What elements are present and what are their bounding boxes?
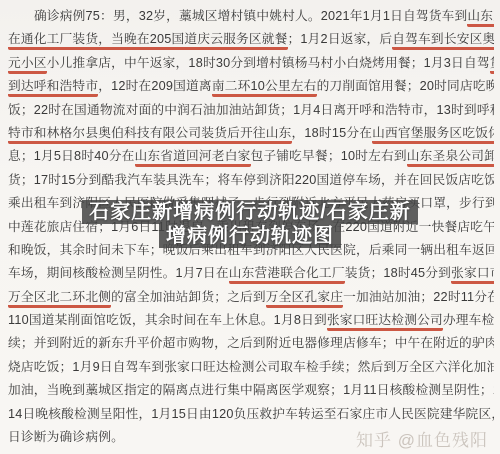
text-segment: 确诊病例75：男，32岁，藁城区增村镇中姚村人。2021年1月1日自驾货车到 [34,9,467,23]
underlined-text-segment: 山东圣泉公司卸 [407,149,494,167]
text-segment: 乘出租车到济阳区人民医院做采集咽拭子，步行到附近北方平民大药房买口罩，步行到水 [8,196,494,210]
underlined-text-segment: 元小区 [8,56,47,74]
text-line: 货；17时15分到酷我汽车装具洗车；将车停到济阳220国道停车场，并在回民饭店吃… [8,169,494,192]
text-line: 饭；22时在国通物流对面的中润石油加油站卸货；1月4日离开呼和浩特市，13时到呼… [8,99,494,122]
underlined-text-segment: 南二环10公里左右 [212,79,317,97]
text-segment: 包子铺吃早餐；10时左右到 [251,149,407,163]
underlined-text-segment: 自驾车到长安区奥北公 [392,32,494,50]
text-segment: 日诊断为确诊病例。 [8,430,124,444]
text-line: 中莲花旅店住宿；1月6日11时退房，乘出租车到停车场，在220国道附近一快餐店吃… [8,216,494,239]
text-segment: 一加油站加油；22时11分在 [343,290,494,304]
underlined-text-segment: 山东东营 [467,9,494,27]
text-line: 14日晚核酸检测呈阳性，1月15日由120负压救护车转运至石家庄市人民医院建华院… [8,403,494,426]
text-segment: 装货；18时45分到 [345,266,451,280]
watermark-credit: 知乎 @血色残阳 [356,426,488,451]
text-segment: 货；17时15分到酷我汽车装具洗车；将车停到济阳220国道停车场，并在回民饭店吃… [8,173,494,187]
text-line: 110国道某削面馆吃饭，其余时间在车上休息。1月8日到张家口旺达检测公司办理车检… [8,309,494,332]
underlined-text-segment: 到达呼和浩特市 [8,79,98,97]
text-line: 元小区小儿推拿店，中午返家，18时30分到增村镇杨马村小白烧烤用餐；1月3日自驾… [8,52,494,75]
text-segment: 的刀削面馆用餐；20时同店吃晚 [317,79,494,93]
text-segment: 续；并到附近的新东升平价超市购物，之后到附近电器修理店修车；中午在附近的驴肉火 [8,336,494,350]
text-line: 加油，当晚到藁城区指定的隔离点进行集中隔离医学观察；1月11日核酸检测呈阴性；1… [8,379,494,402]
article-text: 确诊病例75：男，32岁，藁城区增村镇中姚村人。2021年1月1日自驾货车到山东… [8,5,494,449]
page-background: 确诊病例75：男，32岁，藁城区增村镇中姚村人。2021年1月1日自驾货车到山东… [0,0,500,454]
underlined-text-segment: 万全区孔家庄 [266,290,343,308]
underlined-text-segment: 货车 [490,56,494,74]
underlined-text-segment: 张家口市 [451,266,494,284]
text-segment: ；1月2日返家，后 [288,32,393,46]
text-line: 车场，期间核酸检测呈阴性。1月7日在山东营港联合化工厂装货；18时45分到张家口… [8,262,494,285]
text-line: 烧店吃饭；1月9日自驾车到张家口旺达检测公司取车检手续；然后到万全区六洋化加油站 [8,356,494,379]
text-line: 特市和林格尔县奥伯科技有限公司装货后开往山东，18时15分在山西官堡服务区吃饭休 [8,122,494,145]
text-segment: 和晚饭，其余时间未下车；晚饭后乘出租车到济阳区人民医院，后乘同一辆出租车返回停 [8,243,494,257]
underlined-text-segment: 特市和林格尔县奥伯科技有限公司装货后开往山东 [8,126,292,144]
text-line: 续；并到附近的新东升平价超市购物，之后到附近电器修理店修车；中午在附近的驴肉火 [8,332,494,355]
text-line: 在通化工厂装货，当晚在205国道庆云服务区就餐；1月2日返家，后自驾车到长安区奥… [8,28,494,51]
text-segment: ，18时15分在 [292,126,373,140]
text-segment: 14日晚核酸检测呈阳性，1月15日由120负压救护车转运至石家庄市人民医院建华院… [8,407,494,421]
text-line: 到达呼和浩特市，12时在209国道离南二环10公里左右的刀削面馆用餐；20时同店… [8,75,494,98]
underlined-text-segment: 张家口旺达检测公司 [327,313,443,331]
text-segment: 烧店吃饭；1月9日自驾车到张家口旺达检测公司取车检手续；然后到万全区六洋化加油站 [8,360,494,374]
text-segment: 饭；22时在国通物流对面的中润石油加油站卸货；1月4日离开呼和浩特市，13时到呼… [8,103,494,117]
text-segment: 110国道某削面馆吃饭，其余时间在车上休息。1月8日到 [8,313,327,327]
underlined-text-segment: 在通化工厂装货，当晚在205国道庆云服务区就餐 [8,32,288,50]
text-segment: 息；1月5日8时40分在 [8,149,135,163]
text-line: 和晚饭，其余时间未下车；晚饭后乘出租车到济阳区人民医院，后乘同一辆出租车返回停 [8,239,494,262]
underlined-text-segment: 山东营港联合化工厂 [229,266,345,284]
underlined-text-segment: 山东省道回河老白家 [135,149,251,167]
underlined-text-segment: 万全区北二环北侧 [8,290,111,308]
text-line: 息；1月5日8时40分在山东省道回河老白家包子铺吃早餐；10时左右到山东圣泉公司… [8,145,494,168]
underlined-text-segment: 山西官堡服务区吃饭休 [372,126,494,144]
text-line: 万全区北二环北侧的富全加油站卸货；之后到万全区孔家庄一加油站加油；22时11分在 [8,286,494,309]
text-segment: 小儿推拿店，中午返家，18时30分到增村镇杨马村小白烧烤用餐；1月3日自驾 [47,56,490,70]
text-line: 乘出租车到济阳区人民医院做采集咽拭子，步行到附近北方平民大药房买口罩，步行到水 [8,192,494,215]
text-segment: 车场，期间核酸检测呈阴性。1月7日在 [8,266,229,280]
text-segment: 办理车检手 [443,313,494,327]
text-segment: 加油，当晚到藁城区指定的隔离点进行集中隔离医学观察；1月11日核酸检测呈阴性；1… [8,383,494,397]
text-line: 确诊病例75：男，32岁，藁城区增村镇中姚村人。2021年1月1日自驾货车到山东… [8,5,494,28]
text-segment: 的富全加油站卸货；之后到 [111,290,266,304]
text-segment: 中莲花旅店住宿；1月6日11时退房，乘出租车到停车场，在220国道附近一快餐店吃… [8,220,494,234]
text-segment: ，12时在209国道离 [98,79,212,93]
